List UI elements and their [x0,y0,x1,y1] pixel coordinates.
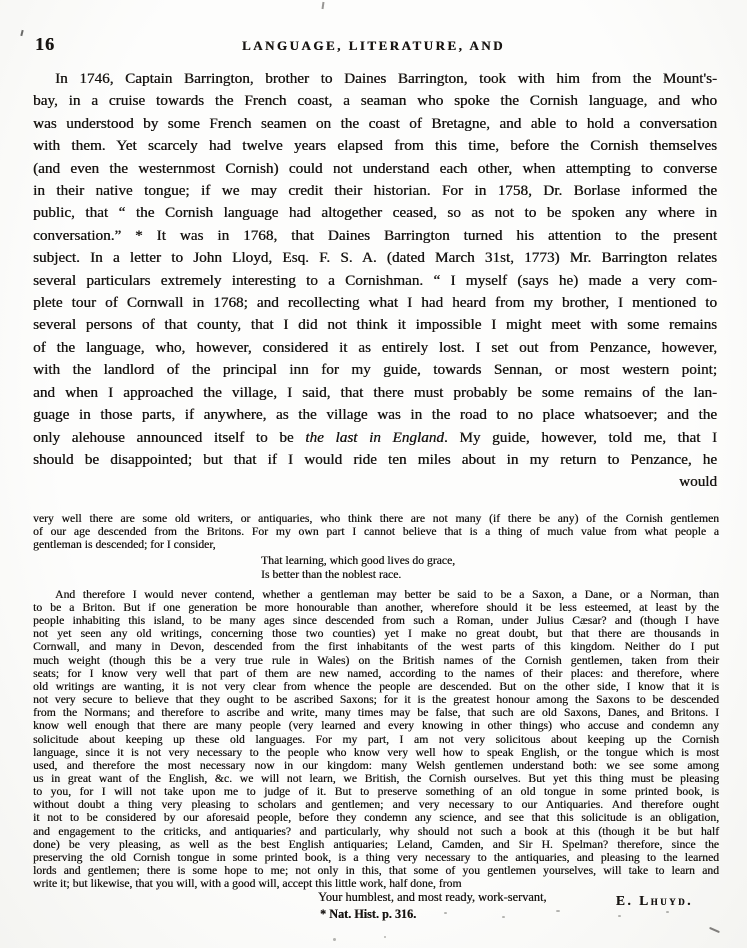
footnote-paragraph-1: very well there are some old writers, or… [33,512,719,551]
text-line: should be disappointed; but that if I wo… [33,449,717,471]
text-line: old writings are wanting, it is not very… [33,680,719,693]
scan-artifact [384,936,386,938]
text-line: very well there are some old writers, or… [33,512,719,525]
text-segment: and engagement to the criticks, and anti… [33,825,719,838]
text-segment: without doubt a thing very pleasing to s… [33,798,719,811]
text-segment: gentleman is descended; for I consider, [33,538,216,551]
text-line: public, that “ the Cornish language had … [33,202,717,224]
text-line: not yet seen any old writings, concernin… [33,627,719,640]
text-segment: from the Normans; and therefore to ascri… [33,706,719,719]
text-line: solicitude about keeping up these old la… [33,733,719,746]
text-line: without doubt a thing very pleasing to s… [33,798,719,811]
text-segment: would [679,473,717,490]
text-line: gentleman is descended; for I consider, [33,538,719,551]
text-segment: much weight (though this be a very true … [33,654,719,667]
text-segment: language, since it is not very necessary… [33,746,719,759]
scan-artifact [20,30,23,36]
text-segment: only alehouse announced itself to be [33,429,305,446]
text-segment: know well enough that there are many peo… [33,719,719,732]
text-segment: bay, in a cruise towards the French coas… [33,92,717,109]
footnote-section: very well there are some old writers, or… [33,512,719,921]
text-line: lords and gentlemen; there is some hope … [33,864,719,877]
scan-artifact [322,2,325,9]
text-line: it not to be considered by our aforesaid… [33,811,719,824]
text-segment: solicitude about keeping up these old la… [33,733,719,746]
text-segment: in their native tongue; if we may credit… [33,182,717,199]
text-line: Cornwall, and many in Devon, descended f… [33,640,719,653]
text-line: to be a Briton. But if one generation be… [33,601,719,614]
text-segment: and when I approached the village, I sai… [33,384,717,401]
text-segment: lords and gentlemen; there is some hope … [33,864,719,877]
text-line: and when I approached the village, I sai… [33,382,717,404]
text-line: several persons of that county, that I d… [33,314,717,336]
text-segment: That learning, which good lives do grace… [261,554,455,567]
text-line: would [33,471,717,493]
text-line: done) be very pleasing, as well as the b… [33,838,719,851]
text-line: of the language, who, however, considere… [33,337,717,359]
text-segment: people inhabiting this island, to be man… [33,614,719,627]
text-segment: of our age descended from the Britons. F… [33,525,719,538]
scan-artifact [333,938,336,941]
text-line: several particulars extremely interestin… [33,270,717,292]
text-segment: seats; for I know very well that part of… [33,667,719,680]
text-line: much weight (though this be a very true … [33,654,719,667]
text-line: and engagement to the criticks, and anti… [33,825,719,838]
text-segment: conversation.” * It was in 1768, that Da… [33,227,717,244]
text-segment: old writings are wanting, it is not very… [33,680,719,693]
text-segment: plete tour of Cornwall in 1768; and reco… [33,294,717,311]
main-text-block: In 1746, Captain Barrington, brother to … [33,68,717,494]
text-segment: of the language, who, however, considere… [33,339,717,356]
text-line: us in great want of the English, &c. we … [33,772,719,785]
text-segment: In 1746, Captain Barrington, brother to … [55,70,717,87]
text-segment: . My guide, however, told me, that I [444,429,717,446]
text-segment: not yet seen any old writings, concernin… [33,627,719,640]
text-segment: guage in those parts, if anywhere, as th… [33,406,717,423]
text-line: only alehouse announced itself to be the… [33,427,717,449]
text-segment: with them. Yet scarcely had twelve years… [33,137,717,154]
text-line: know well enough that there are many peo… [33,719,719,732]
text-line: not very secure to believe that they oug… [33,693,719,706]
text-line: to you, for I will not take upon me to j… [33,785,719,798]
text-segment: very well there are some old writers, or… [33,512,719,525]
text-segment: preserving the old Cornish tongue in som… [33,851,719,864]
text-line: was understood by some French seamen on … [33,113,717,135]
text-segment: subject. In a letter to John Lloyd, Esq.… [33,249,717,266]
text-segment: Cornwall, and many in Devon, descended f… [33,640,719,653]
scan-artifact [709,927,720,933]
running-header: LANGUAGE, LITERATURE, AND [0,38,747,54]
text-segment: done) be very pleasing, as well as the b… [33,838,719,851]
text-line: guage in those parts, if anywhere, as th… [33,404,717,426]
text-line: That learning, which good lives do grace… [261,554,747,567]
text-line: subject. In a letter to John Lloyd, Esq.… [33,247,717,269]
text-segment: (and even the westernmost Cornish) could… [33,160,717,177]
text-segment: should be disappointed; but that if I wo… [33,451,717,468]
text-segment: with the landlord of the principal inn f… [33,361,717,378]
text-segment: Is better than the noblest race. [261,568,401,581]
text-line: And therefore I would never contend, whe… [33,588,719,601]
footnote-paragraph-2: And therefore I would never contend, whe… [33,588,719,891]
text-line: preserving the old Cornish tongue in som… [33,851,719,864]
text-line: Is better than the noblest race. [261,568,747,581]
text-segment: to you, for I will not take upon me to j… [33,785,719,798]
text-segment: was understood by some French seamen on … [33,115,717,132]
text-line: seats; for I know very well that part of… [33,667,719,680]
italic-text: the last in England [305,429,444,446]
text-segment: to be a Briton. But if one generation be… [33,601,719,614]
text-segment: us in great want of the English, &c. we … [33,772,719,785]
text-segment: public, that “ the Cornish language had … [33,204,717,221]
text-segment: used, and therefore the most necessary n… [33,759,719,772]
text-segment: And therefore I would never contend, whe… [55,588,719,601]
signature: E. Lhuyd. [616,894,693,907]
text-line: plete tour of Cornwall in 1768; and reco… [33,292,717,314]
text-line: conversation.” * It was in 1768, that Da… [33,225,717,247]
text-line: from the Normans; and therefore to ascri… [33,706,719,719]
text-line: write it; but likewise, that you will, w… [33,877,719,890]
text-segment: it not to be considered by our aforesaid… [33,811,719,824]
text-segment: several persons of that county, that I d… [33,316,717,333]
text-segment: write it; but likewise, that you will, w… [33,877,461,890]
text-line: with the landlord of the principal inn f… [33,359,717,381]
text-line: bay, in a cruise towards the French coas… [33,90,717,112]
text-line: (and even the westernmost Cornish) could… [33,158,717,180]
text-line: with them. Yet scarcely had twelve years… [33,135,717,157]
text-line: in their native tongue; if we may credit… [33,180,717,202]
book-page: 16 LANGUAGE, LITERATURE, AND In 1746, Ca… [0,0,747,948]
text-line: of our age descended from the Britons. F… [33,525,719,538]
text-segment: several particulars extremely interestin… [33,272,717,289]
text-line: In 1746, Captain Barrington, brother to … [33,68,717,90]
text-line: used, and therefore the most necessary n… [33,759,719,772]
text-line: language, since it is not very necessary… [33,746,719,759]
text-line: people inhabiting this island, to be man… [33,614,719,627]
footnote-reference: * Nat. Hist. p. 316. [33,908,719,921]
text-segment: not very secure to believe that they oug… [33,693,719,706]
footnote-verse: That learning, which good lives do grace… [261,554,747,580]
